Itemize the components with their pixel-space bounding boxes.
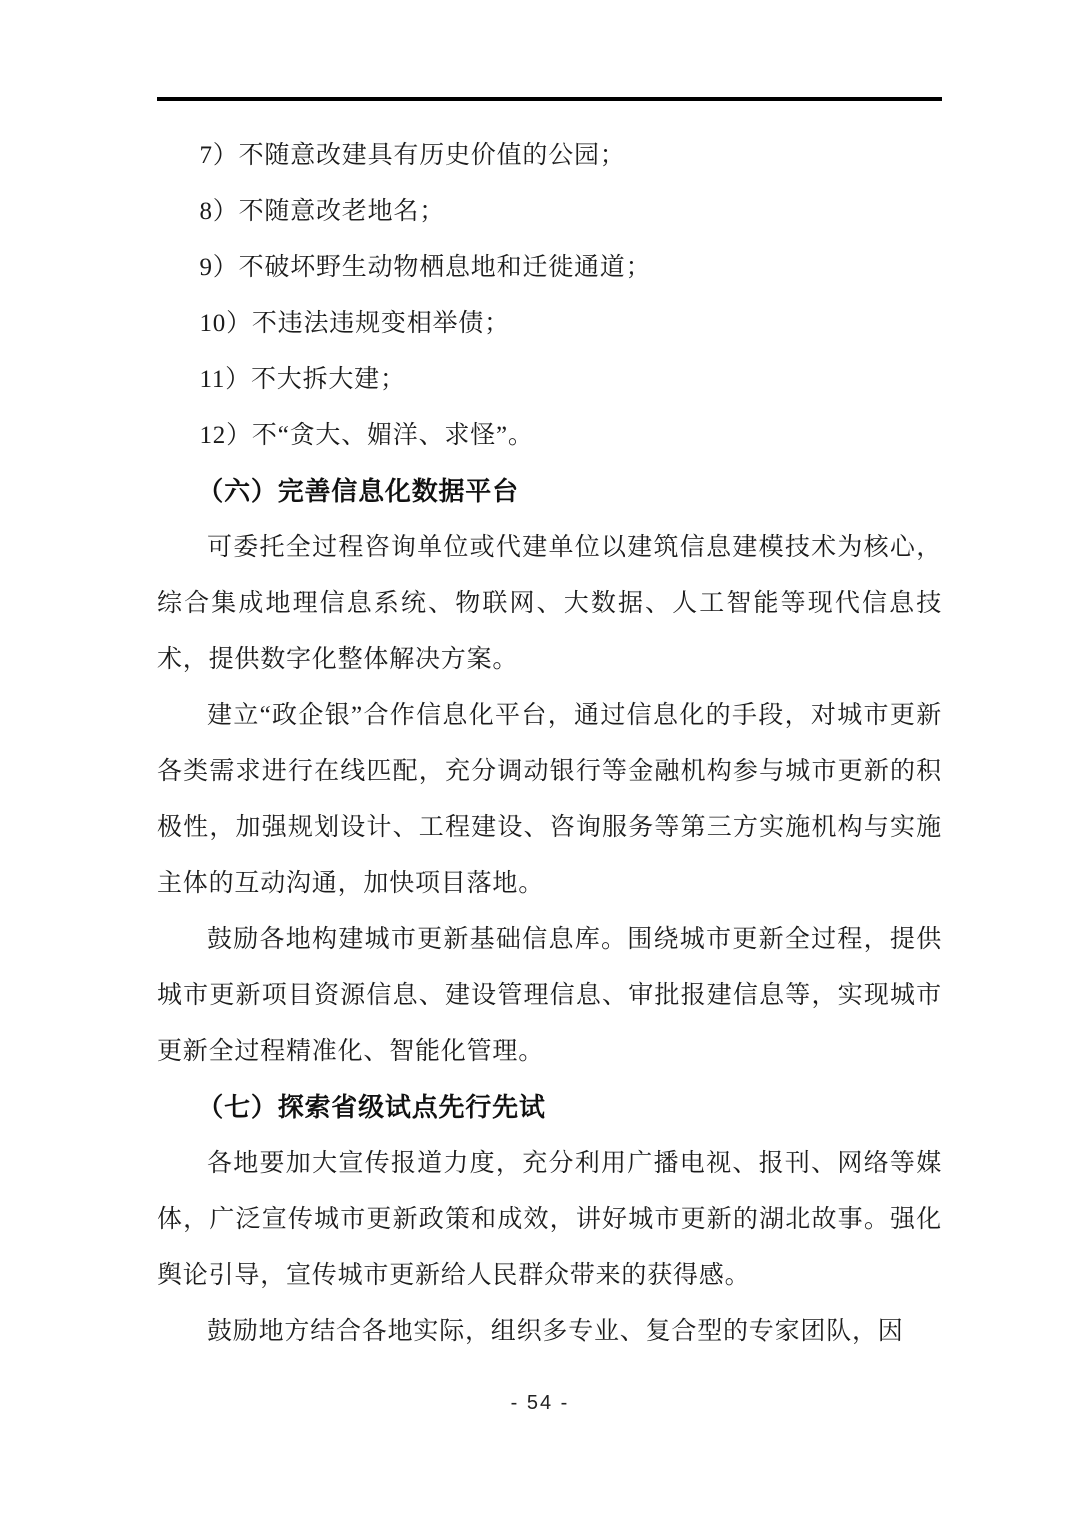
section-6-paragraph-2: 建立“政企银”合作信息化平台，通过信息化的手段，对城市更新各类需求进行在线匹配，… (157, 688, 942, 912)
document-page: 7）不随意改建具有历史价值的公园； 8）不随意改老地名； 9）不破坏野生动物栖息… (0, 0, 1080, 1528)
document-content: 7）不随意改建具有历史价值的公园； 8）不随意改老地名； 9）不破坏野生动物栖息… (157, 97, 942, 1360)
section-6-paragraph-1: 可委托全过程咨询单位或代建单位以建筑信息建模技术为核心，综合集成地理信息系统、物… (157, 520, 942, 688)
list-item-12: 12）不“贪大、媚洋、求怪”。 (157, 408, 942, 464)
section-7-paragraph-2: 鼓励地方结合各地实际，组织多专业、复合型的专家团队，因 (157, 1304, 942, 1360)
page-number: - 54 - (0, 1392, 1080, 1415)
list-item-8: 8）不随意改老地名； (157, 184, 942, 240)
list-item-11: 11）不大拆大建； (157, 352, 942, 408)
section-6-paragraph-3: 鼓励各地构建城市更新基础信息库。围绕城市更新全过程，提供城市更新项目资源信息、建… (157, 912, 942, 1080)
list-item-10: 10）不违法违规变相举债； (157, 296, 942, 352)
section-heading-6: （六）完善信息化数据平台 (157, 464, 942, 520)
list-item-7: 7）不随意改建具有历史价值的公园； (157, 128, 942, 184)
section-7-paragraph-1: 各地要加大宣传报道力度，充分利用广播电视、报刊、网络等媒体，广泛宣传城市更新政策… (157, 1136, 942, 1304)
section-heading-7: （七）探索省级试点先行先试 (157, 1080, 942, 1136)
header-rule (157, 97, 942, 101)
list-item-9: 9）不破坏野生动物栖息地和迁徙通道； (157, 240, 942, 296)
